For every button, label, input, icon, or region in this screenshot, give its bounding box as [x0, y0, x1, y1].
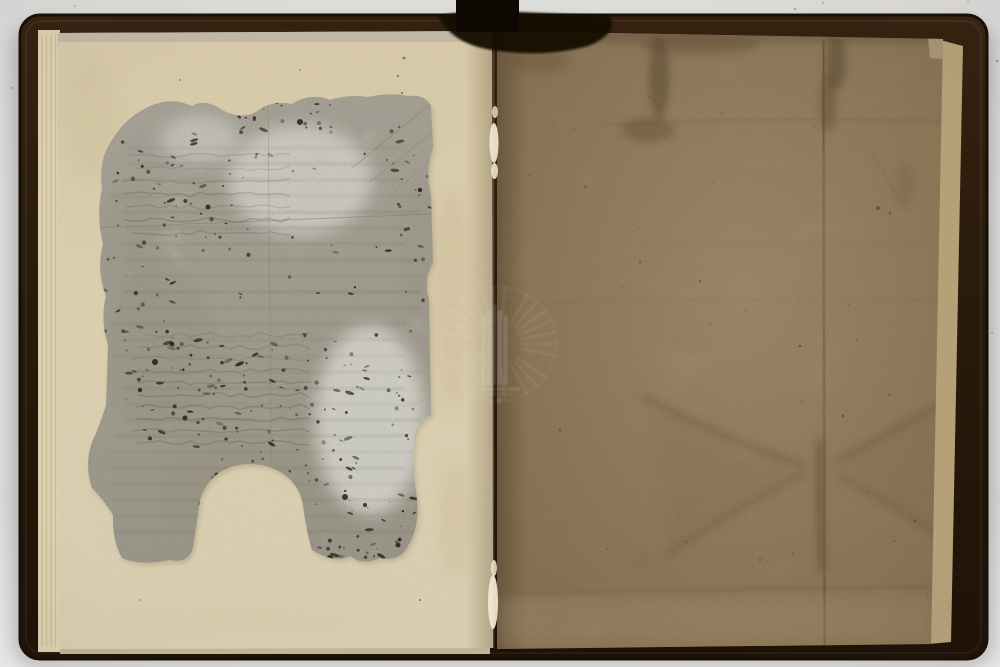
vignette-overlay [0, 0, 1000, 667]
photo-open-book [0, 0, 1000, 667]
